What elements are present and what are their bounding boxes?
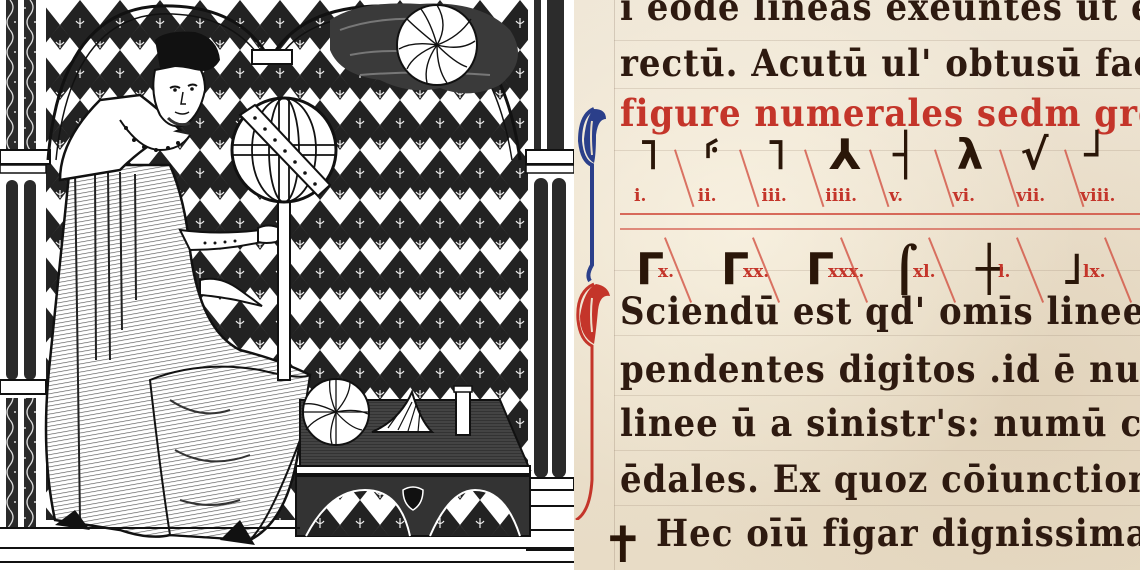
numeral-label: v. xyxy=(889,186,903,206)
numeral-glyph: λ xyxy=(957,134,984,176)
ruling-line xyxy=(614,450,1140,451)
numeral-label: ii. xyxy=(698,186,717,206)
manuscript-line-6: linee ū a sinistr's: numū cōpo xyxy=(620,402,1140,446)
numeral-glyph: ┘ xyxy=(1084,134,1109,176)
manuscript-line-1: i eodē lineas exeuntes ut eq xyxy=(620,0,1140,30)
ruling-line xyxy=(614,395,1140,396)
tens-label: xl. xyxy=(913,262,936,282)
numeral-label: iii. xyxy=(762,186,787,206)
ruling-line xyxy=(614,335,1140,336)
red-initial-icon xyxy=(574,280,614,520)
numeral-2: ⸄ ii. xyxy=(696,130,760,210)
numeral-7: √ vii. xyxy=(1015,130,1079,210)
numeral-glyph: ˥ xyxy=(766,134,787,176)
blue-initial-icon xyxy=(576,105,612,285)
engraving-panel xyxy=(0,0,574,570)
ruling-line xyxy=(614,505,1140,506)
manuscript-line-4: Sciendū est qd' omīs linee a dex xyxy=(620,290,1140,334)
numeral-glyph: √ xyxy=(1021,134,1049,176)
cross-mark-icon: ✝ xyxy=(602,520,644,570)
red-rule-line xyxy=(620,228,1140,230)
manuscript-panel: i eodē lineas exeuntes ut eq rectū. Acut… xyxy=(574,0,1140,570)
margin-rule xyxy=(614,0,615,570)
numeral-glyph: ┤ xyxy=(893,134,918,176)
numeral-label: i. xyxy=(634,186,646,206)
ruling-line xyxy=(614,40,1140,41)
table-with-instruments xyxy=(296,379,530,536)
numeral-8: ┘ viii. xyxy=(1078,130,1140,210)
left-column xyxy=(0,0,50,570)
numeral-label: vii. xyxy=(1017,186,1046,206)
tens-glyph: ˩ xyxy=(1061,248,1083,292)
manuscript-line-7: ēdales. Ex quoz cōiunctione su xyxy=(620,458,1140,502)
numeral-glyph: ⸄ xyxy=(702,134,723,176)
manuscript-line-8: Hec oīū figar dignissima xyxy=(656,512,1140,556)
numeral-glyph: ˥ xyxy=(638,134,659,176)
numeral-label: iiii. xyxy=(825,186,857,206)
ruling-line xyxy=(614,88,1140,89)
right-column xyxy=(526,0,574,570)
tens-label: x. xyxy=(658,262,674,282)
scholar-engraving xyxy=(0,0,574,570)
manuscript-line-2: rectū. Acutū ul' obtusū facie xyxy=(620,42,1140,86)
numeral-label: viii. xyxy=(1080,186,1115,206)
numeral-3: ˥ iii. xyxy=(760,130,824,210)
tens-label: lx. xyxy=(1083,262,1106,282)
numeral-1: ˥ i. xyxy=(632,130,696,210)
manuscript-line-5: pendentes digitos .id ē numū xyxy=(620,348,1140,392)
tens-label: l. xyxy=(998,262,1010,282)
red-rule-line xyxy=(620,213,1140,215)
numeral-glyph: ⅄ xyxy=(829,134,861,176)
numeral-label: vi. xyxy=(953,186,975,206)
